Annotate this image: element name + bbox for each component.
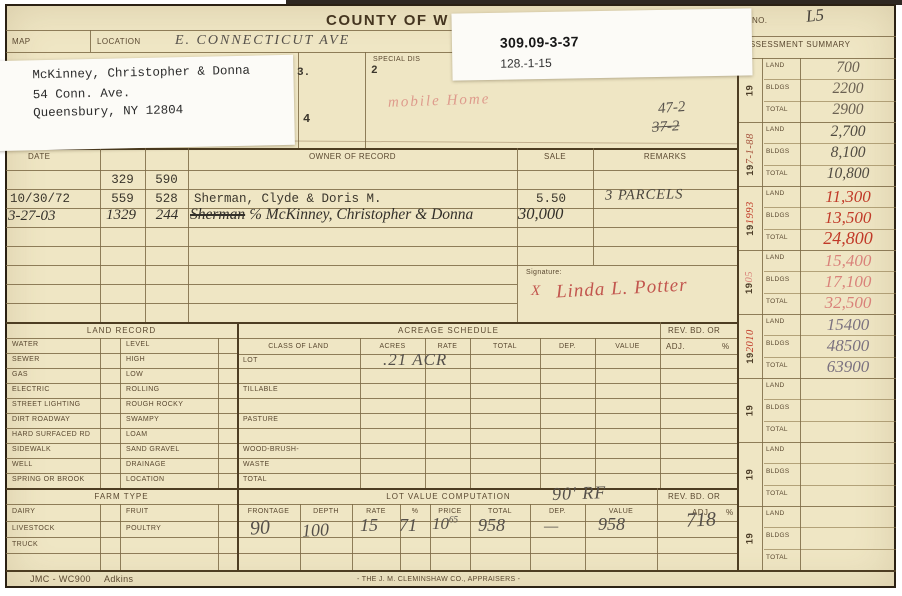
land-record-label: LOW	[126, 371, 143, 378]
card-no-label: NO.	[752, 16, 767, 25]
assessment-row-label: BLDGS	[766, 212, 790, 219]
sale-date-cell: 3-27-03	[8, 208, 56, 225]
year-written: 7-1-88	[745, 133, 756, 164]
rev-bd-or-header: REV. BD. OR	[668, 492, 720, 501]
acreage-column-header: ACRES	[360, 343, 425, 350]
land-record-label: WELL	[12, 461, 33, 468]
assessment-row-label: LAND	[766, 510, 785, 517]
assessment-total-value: 10,800	[802, 165, 894, 183]
land-record-label: SWAMPY	[126, 416, 159, 423]
assessment-land-value: 11,300	[802, 187, 894, 207]
depth-value: 100	[301, 519, 329, 541]
remarks-cell: 3 PARCELS	[605, 186, 684, 204]
acreage-column-header: DEP.	[540, 343, 595, 350]
deed-book-cell: 1329	[98, 207, 144, 224]
year-printed: 19	[745, 352, 756, 364]
land-record-label: DRAINAGE	[126, 461, 166, 468]
assessment-summary-title: ASSESSMENT SUMMARY	[744, 40, 851, 49]
land-record-label: WATER	[12, 341, 39, 348]
year-printed: 19	[744, 282, 755, 294]
parcel-number-old: 37-2	[652, 118, 680, 136]
farm-row-label: TRUCK	[12, 541, 38, 548]
deed-book-cell: 329	[100, 173, 145, 187]
assessment-total-value: 32,500	[802, 293, 894, 313]
year-written: 1993	[745, 201, 756, 224]
land-record-label: ROUGH ROCKY	[126, 401, 183, 408]
price-value: 1065	[432, 514, 458, 534]
year-printed: 19	[745, 224, 756, 236]
assessment-row-label: TOTAL	[766, 362, 788, 369]
acreage-column-header: VALUE	[595, 343, 660, 350]
land-record-label: GAS	[12, 371, 28, 378]
assessment-year-cell: 197-1-88	[738, 122, 762, 186]
acreage-row-label: PASTURE	[243, 416, 278, 423]
lot-value-annotation: 90' RF	[552, 482, 607, 505]
lot-acres-value: .21 ACR	[383, 350, 447, 370]
footer-company: - THE J. M. CLEMINSHAW CO., APPRAISERS -	[357, 576, 520, 583]
acreage-column-header: RATE	[425, 343, 470, 350]
tax-id-overlay: 309.09-3-37 128.-1-15	[451, 8, 752, 80]
land-record-label: HARD SURFACED RD	[12, 431, 90, 438]
address-sticker: McKinney, Christopher & Donna 54 Conn. A…	[0, 55, 295, 151]
sale-date-cell: 10/30/72	[10, 192, 70, 206]
assessment-bldgs-value: 17,100	[802, 272, 894, 292]
year-printed: 19	[744, 532, 755, 544]
year-printed: 19	[745, 164, 756, 176]
land-record-label: STREET LIGHTING	[12, 401, 81, 408]
acreage-schedule-title: ACREAGE SCHEDULE	[237, 326, 660, 335]
assessment-row-label: LAND	[766, 446, 785, 453]
sale-column-header: SALE	[517, 152, 593, 161]
land-record-label: SPRING OR BROOK	[12, 476, 85, 483]
assessment-total-value: 24,800	[802, 228, 894, 249]
deed-page-cell: 590	[145, 173, 188, 187]
tax-map-id: 309.09-3-37	[500, 33, 579, 50]
assessment-land-value: 2,700	[802, 123, 894, 141]
assessment-total-value: 2900	[802, 101, 894, 119]
land-record-label: LEVEL	[126, 341, 150, 348]
farm-row-label: DAIRY	[12, 508, 35, 515]
county-title: COUNTY OF W	[326, 12, 449, 29]
location-label: LOCATION	[97, 37, 141, 46]
pct-column-header: %	[726, 508, 734, 517]
acreage-column-header: CLASS OF LAND	[237, 343, 360, 350]
deed-book-cell: 559	[100, 192, 145, 206]
assessment-row-label: TOTAL	[766, 106, 788, 113]
special-district-label: SPECIAL DIS	[373, 56, 420, 63]
parcel-number-new: 47-2	[657, 99, 686, 118]
assessment-year-cell: 19	[738, 442, 762, 506]
land-record-label: LOCATION	[126, 476, 164, 483]
signature-label: Signature:	[526, 269, 562, 276]
assessment-row-label: BLDGS	[766, 404, 790, 411]
acreage-row-label: WOOD-BRUSH-	[243, 446, 299, 453]
rev-bd-or-header: REV. BD. OR	[668, 326, 720, 335]
land-record-label: HIGH	[126, 356, 145, 363]
footer-appraiser-name: Adkins	[104, 574, 133, 584]
assessment-year-cell: 19	[738, 378, 762, 442]
assessment-row-label: LAND	[766, 382, 785, 389]
assessment-bldgs-value: 48500	[802, 336, 894, 356]
assessment-year-cell: 19	[738, 506, 762, 570]
assessment-year-cell: 192010	[738, 314, 762, 378]
land-record-label: ELECTRIC	[12, 386, 50, 393]
lot-value-column-header: DEPTH	[300, 508, 352, 515]
assessment-row-label: LAND	[766, 62, 785, 69]
scanned-property-record-card: COUNTY OF W NO. L5 MAP LOCATION E. CONNE…	[0, 0, 902, 596]
date-column-header: DATE	[28, 152, 50, 161]
year-printed: 19	[744, 84, 755, 96]
assessment-year-cell: 191993	[738, 186, 762, 250]
struck-owner-name: Sherman	[190, 206, 245, 223]
pct-value: 71	[399, 515, 417, 536]
lot-value-column-header: DEP.	[530, 508, 585, 515]
assessment-land-value: 15400	[802, 315, 894, 335]
dep-value: —	[544, 518, 558, 536]
land-record-label: ROLLING	[126, 386, 160, 393]
adj-value: 718	[685, 508, 716, 533]
land-record-title: LAND RECORD	[6, 326, 237, 335]
sticker-city-state-zip: Queensbury, NY 12804	[33, 103, 183, 120]
assessment-row-label: TOTAL	[766, 170, 788, 177]
assessment-row-label: TOTAL	[766, 298, 788, 305]
deed-page-cell: 244	[146, 207, 188, 224]
assessment-row-label: BLDGS	[766, 340, 790, 347]
assessment-land-value: 15,400	[802, 251, 894, 271]
assessment-row-label: LAND	[766, 318, 785, 325]
sticker-street: 54 Conn. Ave.	[33, 86, 131, 102]
land-record-label: DIRT ROADWAY	[12, 416, 70, 423]
remarks-column-header: REMARKS	[593, 152, 737, 161]
acreage-row-label: WASTE	[243, 461, 270, 468]
price-whole: 10	[432, 514, 449, 533]
price-cents: 65	[449, 514, 458, 524]
acreage-column-header: TOTAL	[470, 343, 540, 350]
land-record-label: LOAM	[126, 431, 147, 438]
assessment-row-label: LAND	[766, 126, 785, 133]
old-tax-map-id: 128.-1-15	[500, 56, 552, 71]
footer-form-code: JMC - WC900	[30, 574, 91, 584]
acreage-row-label: LOT	[243, 357, 258, 364]
land-record-label: SEWER	[12, 356, 40, 363]
land-record-label: SIDEWALK	[12, 446, 51, 453]
frontage-value: 90	[249, 516, 271, 540]
plot-number-4: 4	[303, 112, 310, 126]
assessment-row-label: TOTAL	[766, 234, 788, 241]
pct-column-header: %	[722, 342, 730, 351]
value-value: 958	[598, 514, 625, 535]
location-value: E. CONNECTICUT AVE	[175, 33, 350, 49]
mobile-home-note: mobile Home	[388, 91, 491, 112]
assessment-land-value: 700	[802, 59, 894, 77]
adj-column-header: ADJ.	[666, 342, 685, 351]
farm-row-label: POULTRY	[126, 525, 161, 532]
assessment-row-label: BLDGS	[766, 532, 790, 539]
assessment-row-label: LAND	[766, 254, 785, 261]
owner-name-cell: Sherman, Clyde & Doris M.	[194, 192, 382, 206]
sticker-owner-name: McKinney, Christopher & Donna	[32, 64, 250, 83]
owner-column-header: OWNER OF RECORD	[188, 152, 517, 161]
total-value: 958	[478, 515, 505, 536]
assessment-row-label: TOTAL	[766, 426, 788, 433]
assessment-total-value: 63900	[802, 357, 894, 377]
signature-x-mark: X	[531, 283, 540, 300]
assessment-row-label: LAND	[766, 190, 785, 197]
assessment-bldgs-value: 13,500	[802, 208, 894, 228]
year-printed: 19	[744, 404, 755, 416]
assessment-row-label: BLDGS	[766, 468, 790, 475]
assessment-row-label: TOTAL	[766, 554, 788, 561]
farm-type-title: FARM TYPE	[6, 492, 237, 501]
farm-row-label: LIVESTOCK	[12, 525, 55, 532]
assessment-row-label: BLDGS	[766, 276, 790, 283]
year-written: 05	[744, 270, 755, 282]
lot-value-column-header: RATE	[352, 508, 400, 515]
year-written: 2010	[745, 329, 756, 352]
rate-value: 15	[360, 515, 378, 536]
land-record-label: SAND GRAVEL	[126, 446, 180, 453]
special-district-value: 2	[371, 65, 378, 77]
owner-name-cell: Sherman ℅ McKinney, Christopher & Donna	[190, 206, 473, 224]
farm-row-label: FRUIT	[126, 508, 149, 515]
plot-number-3: 3.	[297, 67, 310, 79]
assessment-bldgs-value: 8,100	[802, 144, 894, 162]
acreage-row-label: TILLABLE	[243, 386, 278, 393]
lot-value-column-header: TOTAL	[470, 508, 530, 515]
assessment-row-label: TOTAL	[766, 490, 788, 497]
assessment-row-label: BLDGS	[766, 84, 790, 91]
assessment-bldgs-value: 2200	[802, 80, 894, 98]
year-printed: 19	[744, 468, 755, 480]
assessment-year-cell: 1905	[738, 250, 762, 314]
deed-page-cell: 528	[145, 192, 188, 206]
map-label: MAP	[12, 37, 31, 46]
lot-value-column-header: %	[400, 508, 430, 515]
sale-price-cell: 30,000	[518, 204, 563, 224]
assessment-row-label: BLDGS	[766, 148, 790, 155]
card-no-value: L5	[805, 5, 825, 27]
lot-value-column-header: FRONTAGE	[237, 508, 300, 515]
owner-name: ℅ McKinney, Christopher & Donna	[249, 206, 473, 223]
acreage-row-label: TOTAL	[243, 476, 267, 483]
